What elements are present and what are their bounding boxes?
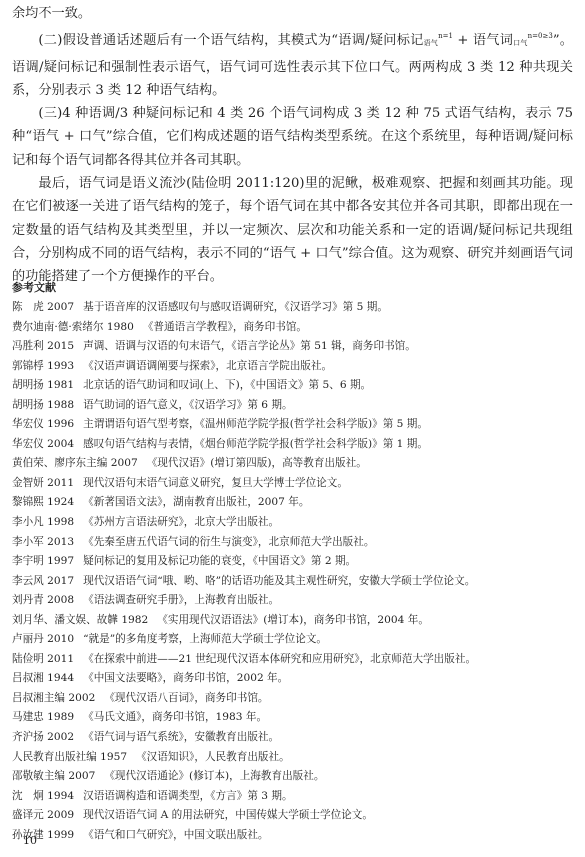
reference-item: 刘月华、潘文娱、故韡 1982《实用现代汉语语法》(增订本)，商务印书馆，200… <box>12 611 572 631</box>
ref-author: 冯胜利 <box>12 340 44 352</box>
reference-item: 吕叔湘 1944《中国文法要略》，商务印书馆，2002 年。 <box>12 669 572 689</box>
reference-item: 邵敬敏主编 2007《现代汉语通论》(修订本)，上海教育出版社。 <box>12 767 572 787</box>
ref-author: 陆俭明 <box>12 653 44 665</box>
ref-author: 沈 炯 <box>12 790 44 802</box>
ref-text: 现代汉语句末语气词意义研究，复旦大学博士学位论文。 <box>83 477 348 489</box>
ref-text: 《普通语言学教程》，商务印书馆。 <box>143 321 307 333</box>
ref-year: 2017 <box>47 575 74 587</box>
ref-year: 1924 <box>47 496 74 508</box>
ref-author: 陈 虎 <box>12 301 44 313</box>
reference-item: 刘丹青 2008《语法调查研究手册》，上海教育出版社。 <box>12 591 572 611</box>
paragraph-continuation: 余均不一致。 <box>12 2 573 25</box>
ref-text: 感叹句语气结构与表情，《烟台师范学院学报(哲学社会科学版)》第 1 期。 <box>83 438 428 450</box>
document-page: 余均不一致。 (二)假设普通话述题后有一个语气结构，其模式为“语调/疑问标记语气… <box>0 0 585 857</box>
reference-item: 吕叔湘主编 2002《现代汉语八百词》，商务印书馆。 <box>12 689 572 709</box>
ref-text: 《汉语声调语调阐要与探索》，北京语言学院出版社。 <box>83 360 332 372</box>
reference-item: 陈 虎 2007基于语音库的汉语感叹句与感叹语调研究，《汉语学习》第 5 期。 <box>12 298 572 318</box>
superscript-n0-3: n=0≥3 <box>528 32 553 40</box>
ref-text: 声调、语调与汉语的句末语气，《语言学论丛》第 51 辑，商务印书馆。 <box>83 340 416 352</box>
ref-year: 1999 <box>47 829 74 841</box>
ref-text: “就是”的多角度考察，上海师范大学硕士学位论文。 <box>83 633 327 645</box>
reference-item: 孙汝建 1999《语气和口气研究》，中国文联出版社。 <box>12 826 572 846</box>
reference-item: 胡明扬 1988语气助词的语气意义，《汉语学习》第 6 期。 <box>12 396 572 416</box>
ref-year: 2007 <box>111 457 138 469</box>
ref-author: 邵敬敏主编 <box>12 770 65 782</box>
paragraph-3: (三)4 种语调/3 种疑问标记和 4 类 26 个语气词构成 3 类 12 种… <box>12 102 573 172</box>
subscript-tone: 口气 <box>513 39 528 47</box>
ref-year: 2013 <box>47 536 74 548</box>
body-text: 余均不一致。 (二)假设普通话述题后有一个语气结构，其模式为“语调/疑问标记语气… <box>12 2 573 289</box>
ref-year: 2004 <box>47 438 74 450</box>
ref-author: 李宇明 <box>12 555 44 567</box>
ref-author: 李小凡 <box>12 516 44 528</box>
ref-text: 汉语语调构造和语调类型，《方言》第 3 期。 <box>83 790 292 802</box>
reference-item: 李小军 2013《先秦至唐五代语气词的衍生与演变》，北京师范大学出版社。 <box>12 533 572 553</box>
page-number: 10 <box>23 834 37 848</box>
ref-text: 《中国文法要略》，商务印书馆，2002 年。 <box>83 672 288 684</box>
reference-item: 胡明扬 1981北京话的语气助词和叹词(上、下)，《中国语文》第 5、6 期。 <box>12 376 572 396</box>
ref-text: 《在探索中前进——21 世纪现代汉语本体研究和应用研究》，北京师范大学出版社。 <box>83 653 476 665</box>
ref-year: 1997 <box>47 555 74 567</box>
ref-text: 语气助词的语气意义，《汉语学习》第 6 期。 <box>83 399 292 411</box>
ref-text: 《苏州方言语法研究》，北京大学出版社。 <box>83 516 279 528</box>
ref-year: 2002 <box>47 731 74 743</box>
ref-author: 卢丽丹 <box>12 633 44 645</box>
ref-author: 华宏仪 <box>12 418 44 430</box>
reference-item: 李云风 2017现代汉语语气词“哦、哟、咯”的话语功能及其主观性研究，安徽大学硕… <box>12 572 572 592</box>
reference-item: 郭锦桴 1993《汉语声调语调阐要与探索》，北京语言学院出版社。 <box>12 357 572 377</box>
ref-author: 马建忠 <box>12 711 44 723</box>
reference-item: 黄伯荣、廖序东主编 2007《现代汉语》(增订第四版)，高等教育出版社。 <box>12 454 572 474</box>
paragraph-conclusion: 最后，语气词是语义流沙(陆俭明 2011:120)里的泥鳅，极难观察、把握和刻画… <box>12 172 573 288</box>
ref-author: 费尔迪南·德·索绪尔 <box>12 321 103 333</box>
paragraph-2-part1: (二)假设普通话述题后有一个语气结构，其模式为“语调/疑问标记 <box>38 33 423 48</box>
ref-author: 黎锦熙 <box>12 496 44 508</box>
ref-year: 1993 <box>47 360 74 372</box>
ref-year: 1998 <box>47 516 74 528</box>
ref-text: 基于语音库的汉语感叹句与感叹语调研究，《汉语学习》第 5 期。 <box>83 301 388 313</box>
ref-text: 《汉语知识》，人民教育出版社。 <box>136 751 290 763</box>
ref-text: 《现代汉语通论》(修订本)，上海教育出版社。 <box>104 770 324 782</box>
references-list: 陈 虎 2007基于语音库的汉语感叹句与感叹语调研究，《汉语学习》第 5 期。 … <box>12 298 572 845</box>
ref-year: 2008 <box>47 594 74 606</box>
ref-year: 2007 <box>68 770 95 782</box>
reference-item: 沈 炯 1994汉语语调构造和语调类型，《方言》第 3 期。 <box>12 787 572 807</box>
ref-text: 《马氏文通》，商务印书馆，1983 年。 <box>83 711 267 723</box>
ref-author: 吕叔湘 <box>12 672 44 684</box>
reference-item: 马建忠 1989《马氏文通》，商务印书馆，1983 年。 <box>12 708 572 728</box>
ref-author: 李云风 <box>12 575 44 587</box>
reference-item: 华宏仪 1996主谓谓语句语气型考察，《温州师范学院学报(哲学社会科学版)》第 … <box>12 415 572 435</box>
ref-year: 1957 <box>100 751 127 763</box>
ref-author: 盛译元 <box>12 809 44 821</box>
ref-text: 现代汉语语气词“哦、哟、咯”的话语功能及其主观性研究，安徽大学硕士学位论文。 <box>83 575 475 587</box>
ref-author: 胡明扬 <box>12 379 44 391</box>
reference-item: 冯胜利 2015声调、语调与汉语的句末语气，《语言学论丛》第 51 辑，商务印书… <box>12 337 572 357</box>
reference-item: 金智妍 2011现代汉语句末语气词意义研究，复旦大学博士学位论文。 <box>12 474 572 494</box>
ref-text: 主谓谓语句语气型考察，《温州师范学院学报(哲学社会科学版)》第 5 期。 <box>83 418 428 430</box>
ref-author: 刘丹青 <box>12 594 44 606</box>
ref-author: 郭锦桴 <box>12 360 44 372</box>
ref-author: 金智妍 <box>12 477 44 489</box>
ref-year: 2011 <box>47 653 74 665</box>
ref-author: 人民教育出版社编 <box>12 751 97 763</box>
ref-text: 《语气和口气研究》，中国文联出版社。 <box>83 829 268 841</box>
ref-text: 北京话的语气助词和叹词(上、下)，《中国语文》第 5、6 期。 <box>83 379 371 391</box>
ref-text: 《现代汉语八百词》，商务印书馆。 <box>104 692 268 704</box>
reference-item: 陆俭明 2011《在探索中前进——21 世纪现代汉语本体研究和应用研究》，北京师… <box>12 650 572 670</box>
reference-item: 费尔迪南·德·索绪尔 1980《普通语言学教程》，商务印书馆。 <box>12 318 572 338</box>
ref-text: 《现代汉语》(增订第四版)，高等教育出版社。 <box>147 457 367 469</box>
ref-year: 1944 <box>47 672 74 684</box>
ref-author: 齐沪扬 <box>12 731 44 743</box>
reference-item: 华宏仪 2004感叹句语气结构与表情，《烟台师范学院学报(哲学社会科学版)》第 … <box>12 435 572 455</box>
ref-year: 2015 <box>47 340 74 352</box>
ref-author: 刘月华、潘文娱、故韡 <box>12 614 118 626</box>
paragraph-2-part2: + 语气词 <box>453 33 513 48</box>
reference-item: 盛译元 2009现代汉语语气词 A 的用法研究，中国传媒大学硕士学位论文。 <box>12 806 572 826</box>
ref-author: 华宏仪 <box>12 438 44 450</box>
ref-text: 疑问标记的复用及标记功能的衰变，《中国语文》第 2 期。 <box>83 555 356 567</box>
superscript-n1: n=1 <box>438 32 453 40</box>
reference-item: 黎锦熙 1924《新著国语文法》，湖南教育出版社，2007 年。 <box>12 493 572 513</box>
ref-year: 2010 <box>47 633 74 645</box>
ref-year: 1988 <box>47 399 74 411</box>
ref-text: 《实用现代汉语语法》(增订本)，商务印书馆，2004 年。 <box>157 614 429 626</box>
paragraph-2: (二)假设普通话述题后有一个语气结构，其模式为“语调/疑问标记语气n=1 + 语… <box>12 25 573 102</box>
ref-year: 2002 <box>68 692 95 704</box>
reference-item: 人民教育出版社编 1957《汉语知识》，人民教育出版社。 <box>12 748 572 768</box>
ref-author: 胡明扬 <box>12 399 44 411</box>
ref-text: 《先秦至唐五代语气词的衍生与演变》，北京师范大学出版社。 <box>83 536 374 548</box>
ref-year: 2011 <box>47 477 74 489</box>
reference-item: 齐沪扬 2002《语气词与语气系统》，安徽教育出版社。 <box>12 728 572 748</box>
ref-author: 李小军 <box>12 536 44 548</box>
ref-text: 《语法调查研究手册》，上海教育出版社。 <box>83 594 279 606</box>
ref-author: 黄伯荣、廖序东主编 <box>12 457 107 469</box>
ref-text: 《新著国语文法》，湖南教育出版社，2007 年。 <box>83 496 309 508</box>
ref-text: 《语气词与语气系统》，安徽教育出版社。 <box>83 731 279 743</box>
ref-year: 1981 <box>47 379 74 391</box>
reference-item: 卢丽丹 2010“就是”的多角度考察，上海师范大学硕士学位论文。 <box>12 630 572 650</box>
references-heading: 参考文献 <box>12 280 56 296</box>
reference-item: 李宇明 1997疑问标记的复用及标记功能的衰变，《中国语文》第 2 期。 <box>12 552 572 572</box>
ref-year: 2007 <box>47 301 74 313</box>
ref-text: 现代汉语语气词 A 的用法研究，中国传媒大学硕士学位论文。 <box>83 809 373 821</box>
ref-year: 1994 <box>47 790 74 802</box>
ref-year: 1989 <box>47 711 74 723</box>
reference-item: 李小凡 1998《苏州方言语法研究》，北京大学出版社。 <box>12 513 572 533</box>
ref-year: 1982 <box>121 614 148 626</box>
ref-author: 吕叔湘主编 <box>12 692 65 704</box>
ref-year: 2009 <box>47 809 74 821</box>
ref-year: 1980 <box>107 321 134 333</box>
ref-year: 1996 <box>47 418 74 430</box>
subscript-mood: 语气 <box>424 39 439 47</box>
